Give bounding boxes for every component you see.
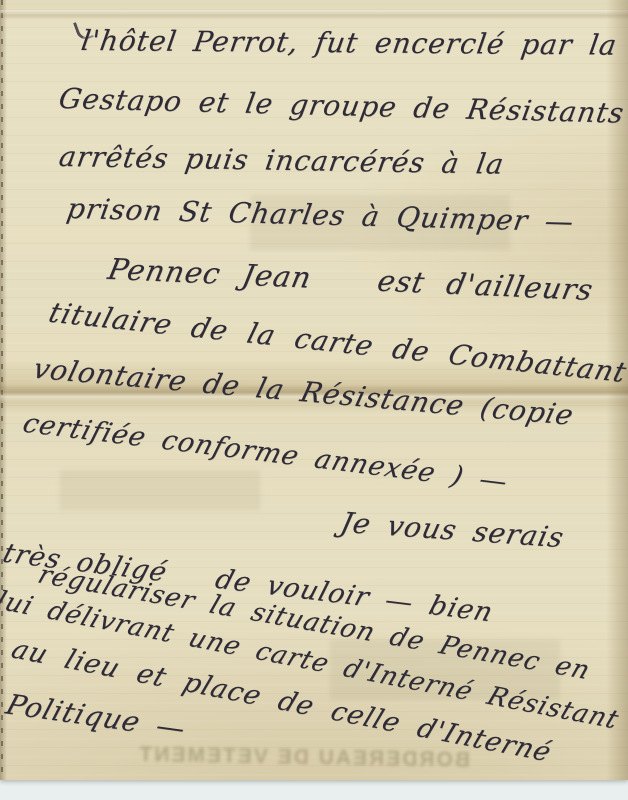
- handwritten-line-1: l'hôtel Perrot, fut encerclé par la: [79, 24, 619, 62]
- fold-crease-top: [0, 10, 628, 20]
- scanned-letter-photo: l'hôtel Perrot, fut encerclé par la Gest…: [0, 0, 628, 800]
- letter-paper: l'hôtel Perrot, fut encerclé par la Gest…: [0, 0, 628, 780]
- bleedthrough-form-mark: [60, 470, 260, 510]
